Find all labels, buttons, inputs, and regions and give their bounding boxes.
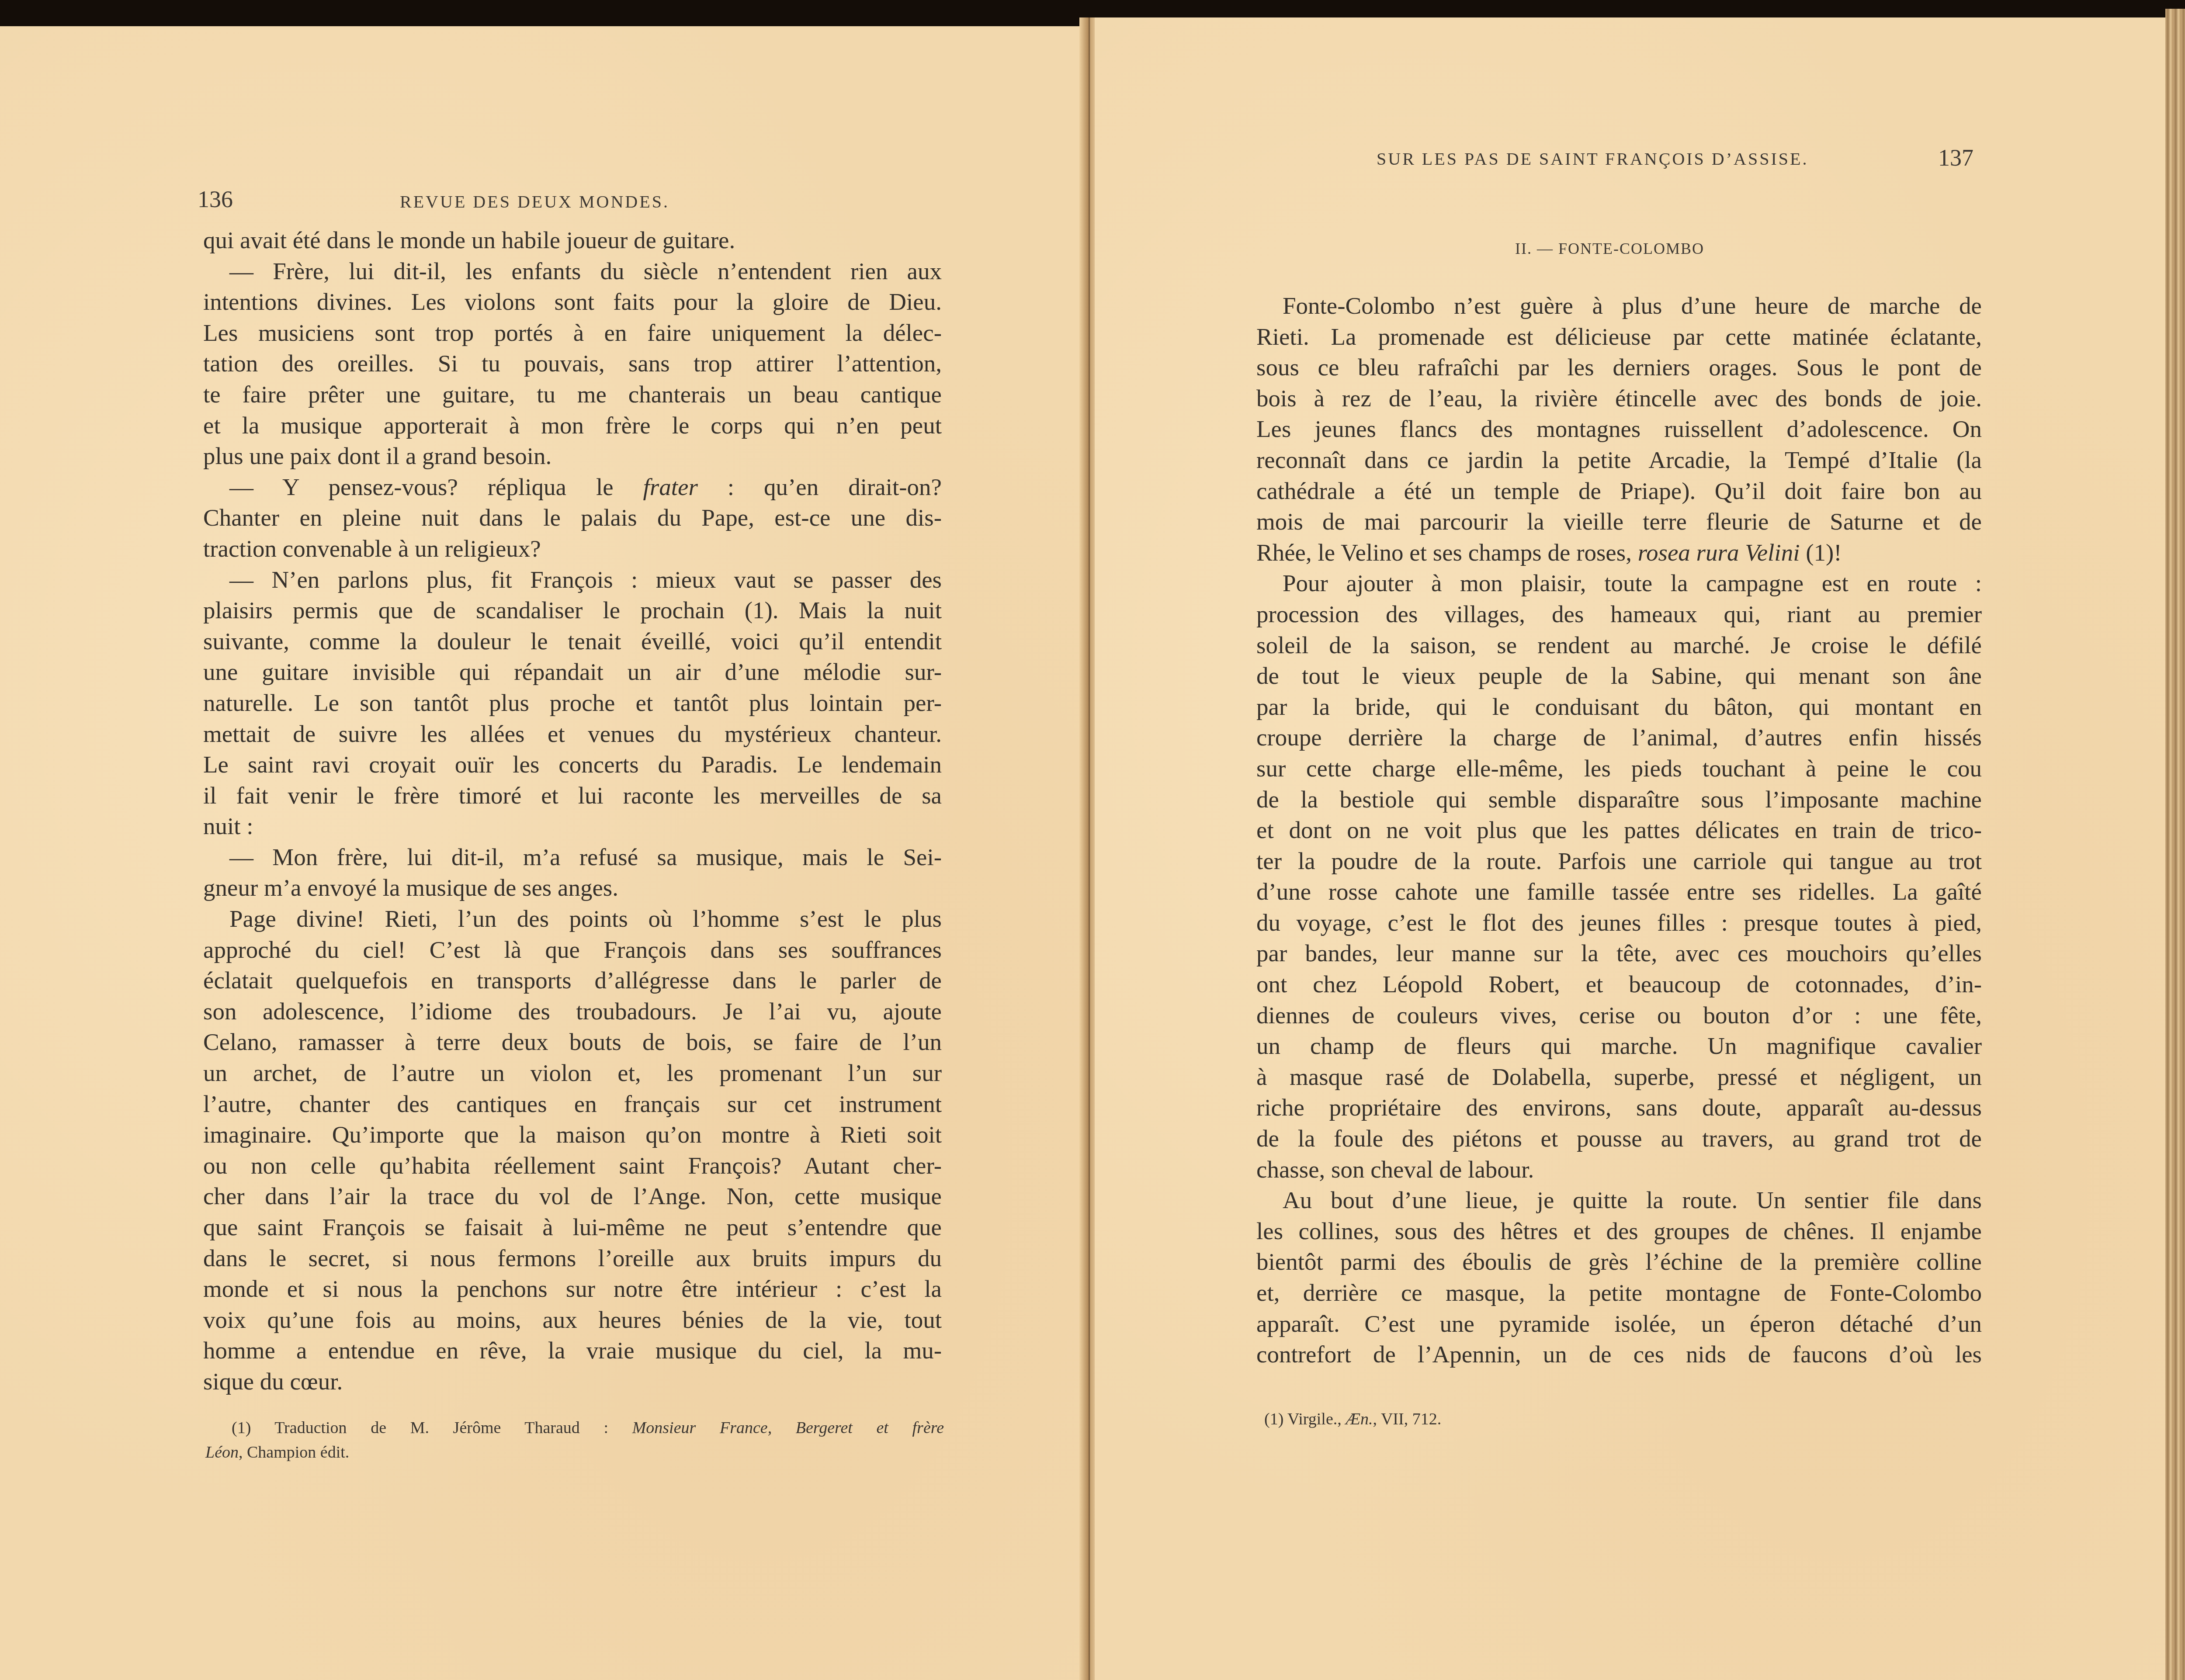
text-line: nuit : (203, 811, 942, 842)
footnote-line: (1) Virgile., Æn., VII, 712. (1264, 1407, 1963, 1431)
text-line: à masque rasé de Dolabella, superbe, pre… (1256, 1062, 1982, 1093)
text-line: reconnaît dans ce jardin la petite Arcad… (1256, 445, 1982, 476)
text-line: Au bout d’une lieue, je quitte la route.… (1256, 1185, 1982, 1216)
page-edges (2165, 9, 2185, 1680)
body-text: Fonte-Colombo n’est guère à plus d’une h… (1256, 291, 1982, 1370)
running-head: SUR LES PAS DE SAINT FRANÇOIS D’ASSISE. (1377, 149, 1808, 169)
text-line: ter la poudre de la route. Parfois une c… (1256, 846, 1982, 877)
text-line: l’autre, chanter des cantiques en frança… (203, 1089, 942, 1120)
text-line: Chanter en pleine nuit dans le palais du… (203, 502, 942, 533)
text-line: par bandes, leur manne sur la tête, avec… (1256, 938, 1982, 969)
text-line: éclatait quelquefois en transports d’all… (203, 965, 942, 996)
text-line: chasse, son cheval de labour. (1256, 1154, 1982, 1185)
text-line: tation des oreilles. Si tu pouvais, sans… (203, 348, 942, 379)
text-line: et, derrière ce masque, la petite montag… (1256, 1278, 1982, 1309)
text-line: et dont on ne voit plus que les pattes d… (1256, 815, 1982, 846)
text-line: ou non celle qu’habita réellement saint … (203, 1150, 942, 1181)
body-text: qui avait été dans le monde un habile jo… (203, 225, 942, 1397)
text-line: Les musiciens sont trop portés à en fair… (203, 318, 942, 349)
text-line: cher dans l’air la trace du vol de l’Ang… (203, 1181, 942, 1212)
text-line: suivante, comme la douleur le tenait éve… (203, 626, 942, 657)
footnote-title: Æn. (1346, 1410, 1373, 1428)
text-line: qui avait été dans le monde un habile jo… (203, 225, 942, 256)
text-line: Pour ajouter à mon plaisir, toute la cam… (1256, 568, 1982, 599)
footnote-text: , Champion édit. (239, 1443, 349, 1462)
text-line: sique du cœur. (203, 1366, 942, 1397)
text-line: procession des villages, des hameaux qui… (1256, 599, 1982, 630)
page-number: 137 (1938, 144, 1973, 171)
text-line: il fait venir le frère timoré et lui rac… (203, 780, 942, 811)
text-line: contrefort de l’Apennin, un de ces nids … (1256, 1339, 1982, 1370)
text-line: Le saint ravi croyait ouïr les concerts … (203, 749, 942, 780)
text-line: Rieti. La promenade est délicieuse par c… (1256, 322, 1982, 353)
text-line: — Y pensez-vous? répliqua le frater : qu… (203, 472, 942, 503)
text-line: Les jeunes flancs des montagnes ruissell… (1256, 414, 1982, 445)
text-line: approché du ciel! C’est là que François … (203, 935, 942, 966)
text-line: par la bride, qui le conduisant du bâton… (1256, 692, 1982, 723)
footnote-title: Léon (205, 1443, 239, 1462)
text-line: ont chez Léopold Robert, et beaucoup de … (1256, 969, 1982, 1000)
text-line: bientôt parmi des éboulis de grès l’échi… (1256, 1247, 1982, 1278)
footnote: (1) Virgile., Æn., VII, 712. (1264, 1407, 1963, 1431)
text-line: plus une paix dont il a grand besoin. (203, 441, 942, 472)
text-line: cathédrale a été un temple de Priape). Q… (1256, 476, 1982, 507)
text-line: mois de mai parcourir la vieille terre f… (1256, 506, 1982, 537)
text-line: dans le secret, si nous fermons l’oreill… (203, 1243, 942, 1274)
footnote-title: Monsieur France, Bergeret et frère (632, 1419, 944, 1437)
text-line: de la bestiole qui semble disparaître so… (1256, 784, 1982, 815)
page-number: 136 (198, 186, 233, 213)
footnote-line: Léon, Champion édit. (205, 1440, 944, 1465)
left-page: 136 REVUE DES DEUX MONDES. qui avait été… (0, 26, 1088, 1680)
footnote-text: (1) Virgile., (1264, 1410, 1346, 1428)
text-line: imaginaire. Qu’importe que la maison qu’… (203, 1119, 942, 1150)
text-line: Fonte-Colombo n’est guère à plus d’une h… (1256, 291, 1982, 322)
text-line: Page divine! Rieti, l’un des points où l… (203, 904, 942, 935)
text-line: monde et si nous la penchons sur notre ê… (203, 1274, 942, 1305)
text-line: un champ de fleurs qui marche. Un magnif… (1256, 1031, 1982, 1062)
text-line: — N’en parlons plus, fit François : mieu… (203, 565, 942, 596)
footnote: (1) Traduction de M. Jérôme Tharaud : Mo… (205, 1416, 944, 1465)
footnote-line: (1) Traduction de M. Jérôme Tharaud : Mo… (205, 1416, 944, 1440)
text-line: traction convenable à un religieux? (203, 533, 942, 565)
text-line: bois à rez de l’eau, la rivière étincell… (1256, 383, 1982, 414)
right-page: SUR LES PAS DE SAINT FRANÇOIS D’ASSISE. … (1095, 17, 2165, 1680)
text-line: — Mon frère, lui dit-il, m’a refusé sa m… (203, 842, 942, 873)
text-line: gneur m’a envoyé la musique de ses anges… (203, 873, 942, 904)
text-line: voix qu’une fois au moins, aux heures bé… (203, 1305, 942, 1336)
text-line: Celano, ramasser à terre deux bouts de b… (203, 1027, 942, 1058)
running-head: REVUE DES DEUX MONDES. (400, 191, 669, 212)
text-line: et la musique apporterait à mon frère le… (203, 410, 942, 441)
text-line: te faire prêter une guitare, tu me chant… (203, 379, 942, 410)
text-line: une guitare invisible qui répandait un a… (203, 657, 942, 688)
text-line: sur cette charge elle-même, les pieds to… (1256, 753, 1982, 784)
text-line: d’une rosse cahote une famille tassée en… (1256, 876, 1982, 908)
text-line: — Frère, lui dit-il, les enfants du sièc… (203, 256, 942, 287)
text-line: sous ce bleu rafraîchi par les derniers … (1256, 352, 1982, 383)
text-line: Rhée, le Velino et ses champs de roses, … (1256, 537, 1982, 568)
text-line: plaisirs permis que de scandaliser le pr… (203, 595, 942, 626)
text-line: un archet, de l’autre un violon et, les … (203, 1058, 942, 1089)
text-line: riche propriétaire des environs, sans do… (1256, 1092, 1982, 1123)
text-line: de tout le vieux peuple de la Sabine, qu… (1256, 661, 1982, 692)
text-line: apparaît. C’est une pyramide isolée, un … (1256, 1309, 1982, 1340)
text-line: de la foule des piétons et pousse au tra… (1256, 1123, 1982, 1154)
text-line: que saint François se faisait à lui-même… (203, 1212, 942, 1243)
book-spread: 136 REVUE DES DEUX MONDES. qui avait été… (0, 0, 2185, 1680)
text-line: son adolescence, l’idiome des troubadour… (203, 996, 942, 1027)
text-line: diennes de couleurs vives, cerise ou bou… (1256, 1000, 1982, 1031)
text-line: les collines, sous des hêtres et des gro… (1256, 1216, 1982, 1247)
text-line: croupe derrière la charge de l’animal, d… (1256, 722, 1982, 753)
text-line: mettait de suivre les allées et venues d… (203, 719, 942, 750)
section-title: II. — FONTE-COLOMBO (1515, 239, 1704, 258)
text-line: intentions divines. Les violons sont fai… (203, 287, 942, 318)
text-line: homme a entendue en rêve, la vraie musiq… (203, 1335, 942, 1366)
text-line: du voyage, c’est le flot des jeunes fill… (1256, 908, 1982, 939)
footnote-text: , VII, 712. (1373, 1410, 1442, 1428)
footnote-text: (1) Traduction de M. Jérôme Tharaud : (232, 1419, 632, 1437)
text-line: naturelle. Le son tantôt plus proche et … (203, 688, 942, 719)
text-line: soleil de la saison, se rendent au march… (1256, 630, 1982, 661)
